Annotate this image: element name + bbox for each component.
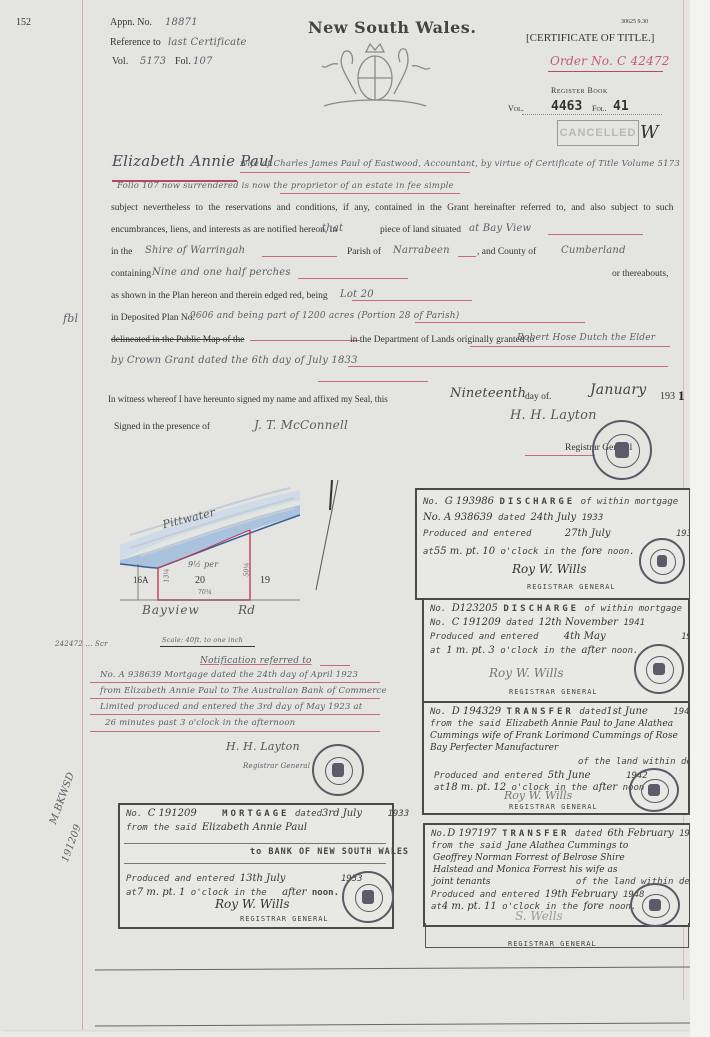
notification-line-4: 26 minutes past 3 o'clock in the afterno…: [105, 718, 295, 728]
proprietor-detail-2: Folio 107 now surrendered is now the pro…: [117, 181, 454, 191]
shire-value: Shire of Warringah: [145, 245, 245, 256]
transfer-2-box-extension: [425, 923, 689, 948]
parish-label: Parish of: [347, 247, 381, 257]
plan-frontage: 70¼: [198, 589, 212, 596]
lot-value: Lot 20: [340, 289, 374, 300]
county-value: Cumberland: [561, 245, 626, 256]
witness-signature: J. T. McConnell: [254, 418, 348, 432]
piece-label: piece of land situated: [380, 225, 461, 235]
delineated-label: delineated in the Public Map of the: [111, 335, 245, 345]
plan-clause: as shown in the Plan hereon and therein …: [111, 291, 328, 301]
year-suffix: 1: [678, 388, 685, 404]
vol-value: 5173: [140, 56, 166, 67]
notification-seal-icon: [312, 744, 364, 796]
mortgage-1-seal-icon: [342, 871, 394, 923]
granted-to-value: Robert Hose Dutch the Elder: [517, 333, 655, 343]
proprietor-detail: wife of Charles James Paul of Eastwood, …: [240, 159, 680, 169]
plan-side-left: 13¼: [164, 568, 171, 582]
thereabouts-label: or thereabouts,: [612, 269, 668, 279]
county-label: , and County of: [477, 247, 536, 257]
margin-note-pencil-2: 191209: [60, 804, 91, 864]
notification-signature: H. H. Layton: [226, 740, 300, 753]
grant-value: by Crown Grant dated the 6th day of July…: [111, 355, 358, 366]
register-vol-label: Vol.: [508, 104, 524, 113]
plan-area-label: 9½ per: [188, 560, 218, 569]
page-edge: [690, 0, 710, 1037]
registrar-seal-icon: [592, 420, 652, 480]
witness-day: Nineteenth: [450, 386, 526, 401]
plan-adjacent-left: 16A: [133, 575, 149, 585]
coat-of-arms-icon: [316, 34, 434, 114]
plan-scale-rule: [160, 646, 255, 647]
piece-value: that: [322, 223, 343, 234]
containing-value: Nine and one half perches: [152, 267, 291, 278]
appn-value: 18871: [165, 17, 198, 28]
discharge-2-seal-icon: [634, 644, 684, 694]
plan-scale: Scale: 40ft. to one inch: [162, 636, 243, 644]
reference-value: last Certificate: [168, 37, 247, 48]
registrar-signature: H. H. Layton: [510, 408, 597, 423]
appn-label: Appn. No.: [110, 17, 152, 28]
register-vol-value: 4463: [551, 99, 582, 114]
page-number: 152: [16, 17, 31, 28]
order-number: Order No. C 42472: [550, 54, 670, 68]
discharge-stamp-1: No. G 193986 DISCHARGE of within mortgag…: [415, 488, 691, 600]
deposited-plan-value: 9606 and being part of 1200 acres (Porti…: [190, 311, 459, 321]
transfer-2-signature: S. Wells: [515, 909, 563, 923]
bottom-rule-2: [95, 1022, 690, 1026]
mortgagee: to BANK OF NEW SOUTH WALES: [250, 847, 409, 857]
transfer-1-signature: Roy W. Wills: [504, 789, 572, 802]
cancelled-stamp: CANCELLED: [557, 120, 639, 146]
plan-road-suffix: Rd: [238, 603, 255, 617]
witness-month: January: [590, 382, 646, 398]
notification-signature-title: Registrar General: [243, 762, 310, 770]
land-plan-diagram: [100, 480, 340, 640]
vol-label: Vol.: [112, 56, 128, 67]
margin-note-pencil-1: M.BKWSD: [48, 766, 79, 826]
situated-value: at Bay View: [469, 223, 531, 234]
transfer-1-seal-icon: [629, 768, 679, 812]
plan-road-name: Bayview: [142, 603, 200, 617]
form-code: 30625 9.30: [621, 19, 648, 25]
parish-value: Narrabeen: [393, 245, 450, 256]
notification-line-1: No. A 938639 Mortgage dated the 24th day…: [100, 670, 358, 680]
discharge-1-signature: Roy W. Wills: [512, 562, 587, 576]
discharge-1-seal-icon: [639, 538, 685, 584]
deposited-plan-label: in Deposited Plan No.: [111, 313, 195, 323]
department-label: in the Department of Lands originally gr…: [350, 335, 534, 345]
transfer-stamp-2: No.D 197197 TRANSFER dated 6th February …: [423, 823, 691, 927]
left-margin-rule: [82, 0, 83, 1030]
subject-clause: subject nevertheless to the reservations…: [111, 203, 673, 213]
fol-value: 107: [193, 56, 213, 67]
certificate-page: 152 fbl 242472 ... Scr M.BKWSD 191209 Ap…: [0, 0, 690, 1030]
certificate-label: [CERTIFICATE OF TITLE.]: [526, 32, 654, 44]
notification-line-2: from Elizabeth Annie Paul to The Austral…: [100, 686, 387, 696]
register-fol-value: 41: [613, 99, 629, 114]
notification-line-3: Limited produced and entered the 3rd day…: [100, 702, 362, 712]
discharge-2-signature: Roy W. Wills: [489, 666, 564, 680]
plan-lot-number: 20: [195, 575, 205, 586]
margin-note-plan: 242472 ... Scr: [55, 640, 108, 648]
plan-side-right: 50¼: [244, 562, 251, 576]
mortgage-1-signature: Roy W. Wills: [215, 897, 290, 911]
in-the-label: in the: [111, 247, 132, 257]
plan-adjacent-right: 19: [260, 575, 270, 586]
margin-note: fbl: [63, 312, 78, 325]
bottom-rule-1: [95, 966, 690, 970]
day-of-label: day of.: [525, 392, 551, 402]
year-prefix: 193: [660, 391, 675, 402]
signed-presence-label: Signed in the presence of: [114, 422, 210, 432]
containing-label: containing: [111, 269, 151, 279]
reference-label: Reference to: [110, 37, 161, 48]
mortgage-stamp-1: No. C 191209 MORTGAGE dated3rd July 1933…: [118, 803, 394, 929]
witness-statement: In witness whereof I have hereunto signe…: [108, 394, 388, 404]
encumbrances-clause: encumbrances, liens, and interests as ar…: [111, 225, 337, 235]
fol-label: Fol.: [175, 56, 191, 67]
transfer-stamp-1: No. D 194329 TRANSFER dated1st June 1942…: [422, 701, 690, 815]
register-book-label: Register Book: [551, 86, 608, 95]
transfer-2-seal-icon: [630, 883, 680, 927]
discharge-stamp-2: No. D123205 DISCHARGE of within mortgage…: [422, 598, 690, 704]
cancelled-initial: W: [640, 122, 659, 143]
notification-heading: Notification referred to: [200, 656, 312, 666]
register-fol-label: Fol.: [592, 104, 606, 113]
register-dotted-rule: [522, 114, 662, 115]
